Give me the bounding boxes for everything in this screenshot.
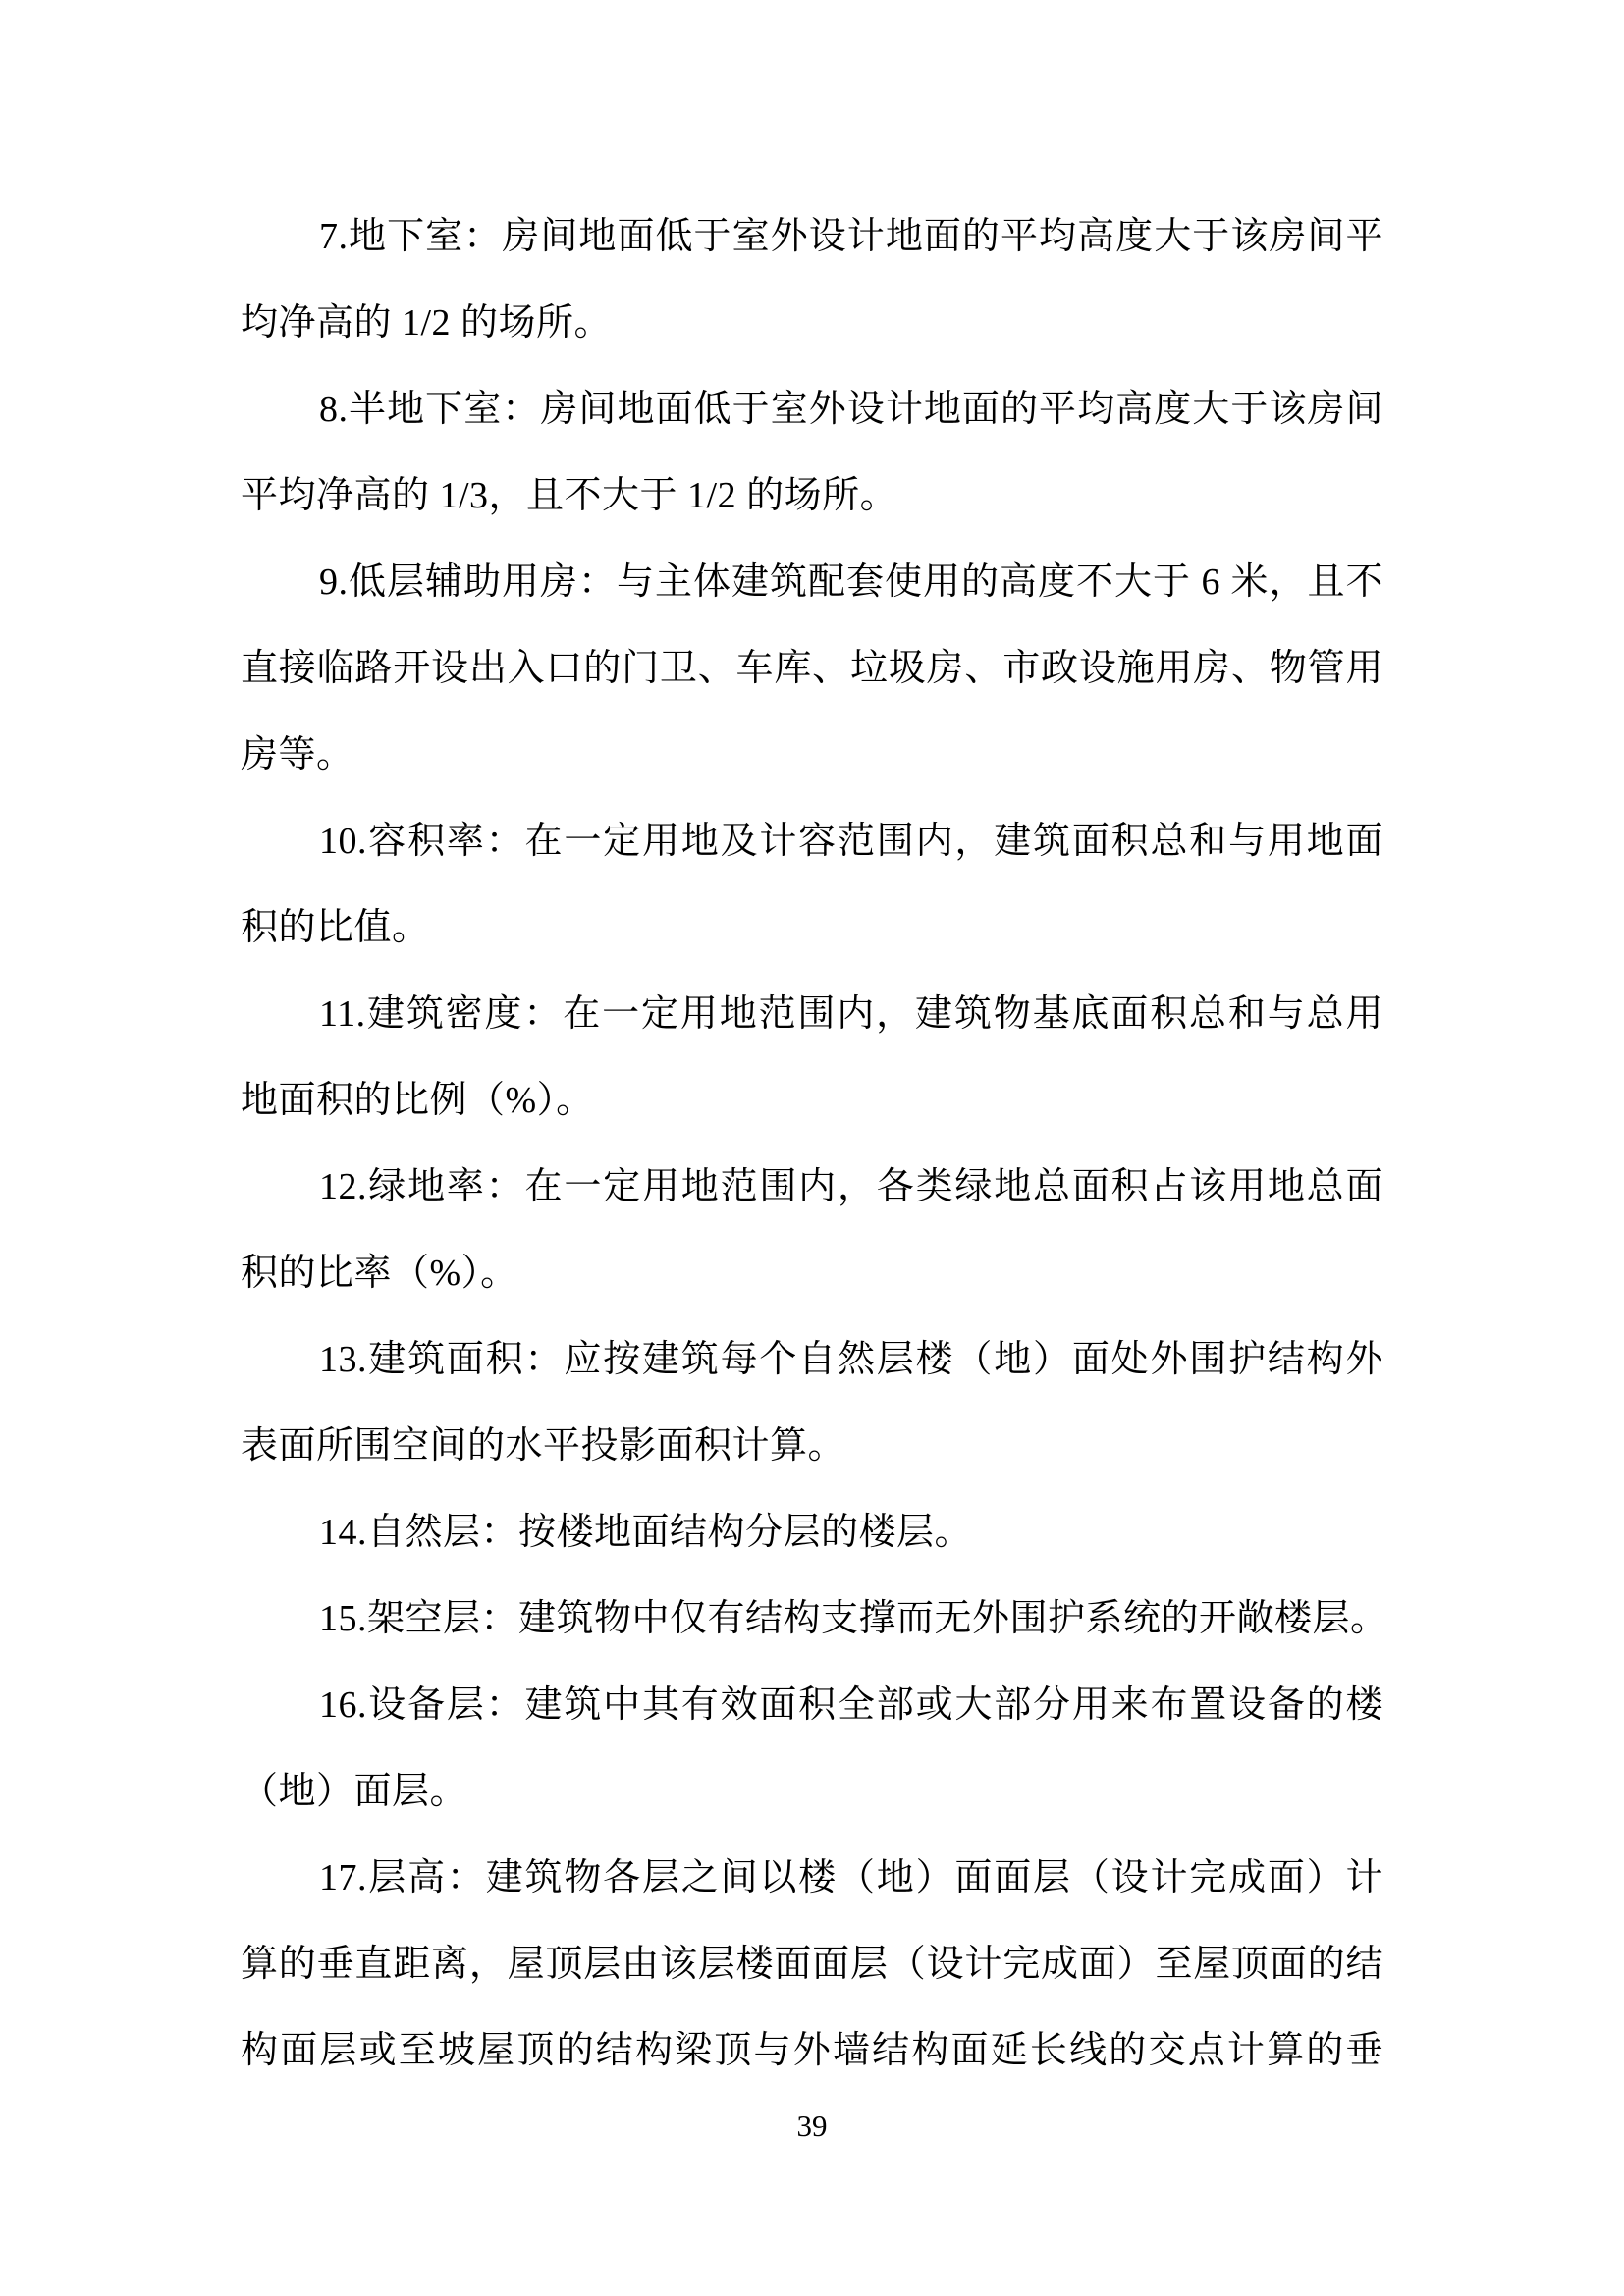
paragraph-line: 积的比率（%）。	[241, 1230, 1383, 1316]
paragraph-line: 14.自然层：按楼地面结构分层的楼层。	[241, 1489, 1383, 1575]
page-number: 39	[0, 2107, 1624, 2146]
document-body: 7.地下室：房间地面低于室外设计地面的平均高度大于该房间平均净高的 1/2 的场…	[241, 193, 1383, 2094]
document-page: 7.地下室：房间地面低于室外设计地面的平均高度大于该房间平均净高的 1/2 的场…	[0, 0, 1624, 2296]
paragraph-line: 13.建筑面积：应按建筑每个自然层楼（地）面处外围护结构外	[241, 1316, 1383, 1403]
paragraph-line: （地）面层。	[241, 1748, 1383, 1835]
paragraph: 13.建筑面积：应按建筑每个自然层楼（地）面处外围护结构外表面所围空间的水平投影…	[241, 1316, 1383, 1489]
paragraph: 15.架空层：建筑物中仅有结构支撑而无外围护系统的开敞楼层。	[241, 1575, 1383, 1662]
paragraph-line: 11.建筑密度：在一定用地范围内，建筑物基底面积总和与总用	[241, 971, 1383, 1057]
paragraph: 10.容积率：在一定用地及计容范围内，建筑面积总和与用地面积的比值。	[241, 798, 1383, 971]
paragraph-line: 9.低层辅助用房：与主体建筑配套使用的高度不大于 6 米，且不	[241, 539, 1383, 625]
paragraph-line: 7.地下室：房间地面低于室外设计地面的平均高度大于该房间平	[241, 193, 1383, 280]
paragraph: 14.自然层：按楼地面结构分层的楼层。	[241, 1489, 1383, 1575]
paragraph-line: 均净高的 1/2 的场所。	[241, 280, 1383, 366]
paragraph: 11.建筑密度：在一定用地范围内，建筑物基底面积总和与总用地面积的比例（%）。	[241, 971, 1383, 1144]
paragraph-line: 地面积的比例（%）。	[241, 1057, 1383, 1144]
paragraph-line: 算的垂直距离，屋顶层由该层楼面面层（设计完成面）至屋顶面的结	[241, 1921, 1383, 2007]
paragraph-line: 构面层或至坡屋顶的结构梁顶与外墙结构面延长线的交点计算的垂	[241, 2007, 1383, 2094]
paragraph: 7.地下室：房间地面低于室外设计地面的平均高度大于该房间平均净高的 1/2 的场…	[241, 193, 1383, 366]
paragraph-line: 积的比值。	[241, 884, 1383, 971]
paragraph-line: 10.容积率：在一定用地及计容范围内，建筑面积总和与用地面	[241, 798, 1383, 884]
paragraph: 16.设备层：建筑中其有效面积全部或大部分用来布置设备的楼（地）面层。	[241, 1662, 1383, 1835]
paragraph: 9.低层辅助用房：与主体建筑配套使用的高度不大于 6 米，且不直接临路开设出入口…	[241, 539, 1383, 798]
paragraph-line: 8.半地下室：房间地面低于室外设计地面的平均高度大于该房间	[241, 366, 1383, 453]
paragraph: 8.半地下室：房间地面低于室外设计地面的平均高度大于该房间平均净高的 1/3，且…	[241, 366, 1383, 539]
paragraph-line: 平均净高的 1/3，且不大于 1/2 的场所。	[241, 453, 1383, 539]
paragraph-line: 直接临路开设出入口的门卫、车库、垃圾房、市政设施用房、物管用	[241, 625, 1383, 712]
paragraph-line: 16.设备层：建筑中其有效面积全部或大部分用来布置设备的楼	[241, 1662, 1383, 1748]
paragraph: 12.绿地率：在一定用地范围内，各类绿地总面积占该用地总面积的比率（%）。	[241, 1144, 1383, 1316]
paragraph-line: 15.架空层：建筑物中仅有结构支撑而无外围护系统的开敞楼层。	[241, 1575, 1383, 1662]
paragraph-line: 17.层高：建筑物各层之间以楼（地）面面层（设计完成面）计	[241, 1835, 1383, 1921]
paragraph-line: 房等。	[241, 712, 1383, 798]
paragraph: 17.层高：建筑物各层之间以楼（地）面面层（设计完成面）计算的垂直距离，屋顶层由…	[241, 1835, 1383, 2094]
paragraph-line: 12.绿地率：在一定用地范围内，各类绿地总面积占该用地总面	[241, 1144, 1383, 1230]
paragraph-line: 表面所围空间的水平投影面积计算。	[241, 1403, 1383, 1489]
